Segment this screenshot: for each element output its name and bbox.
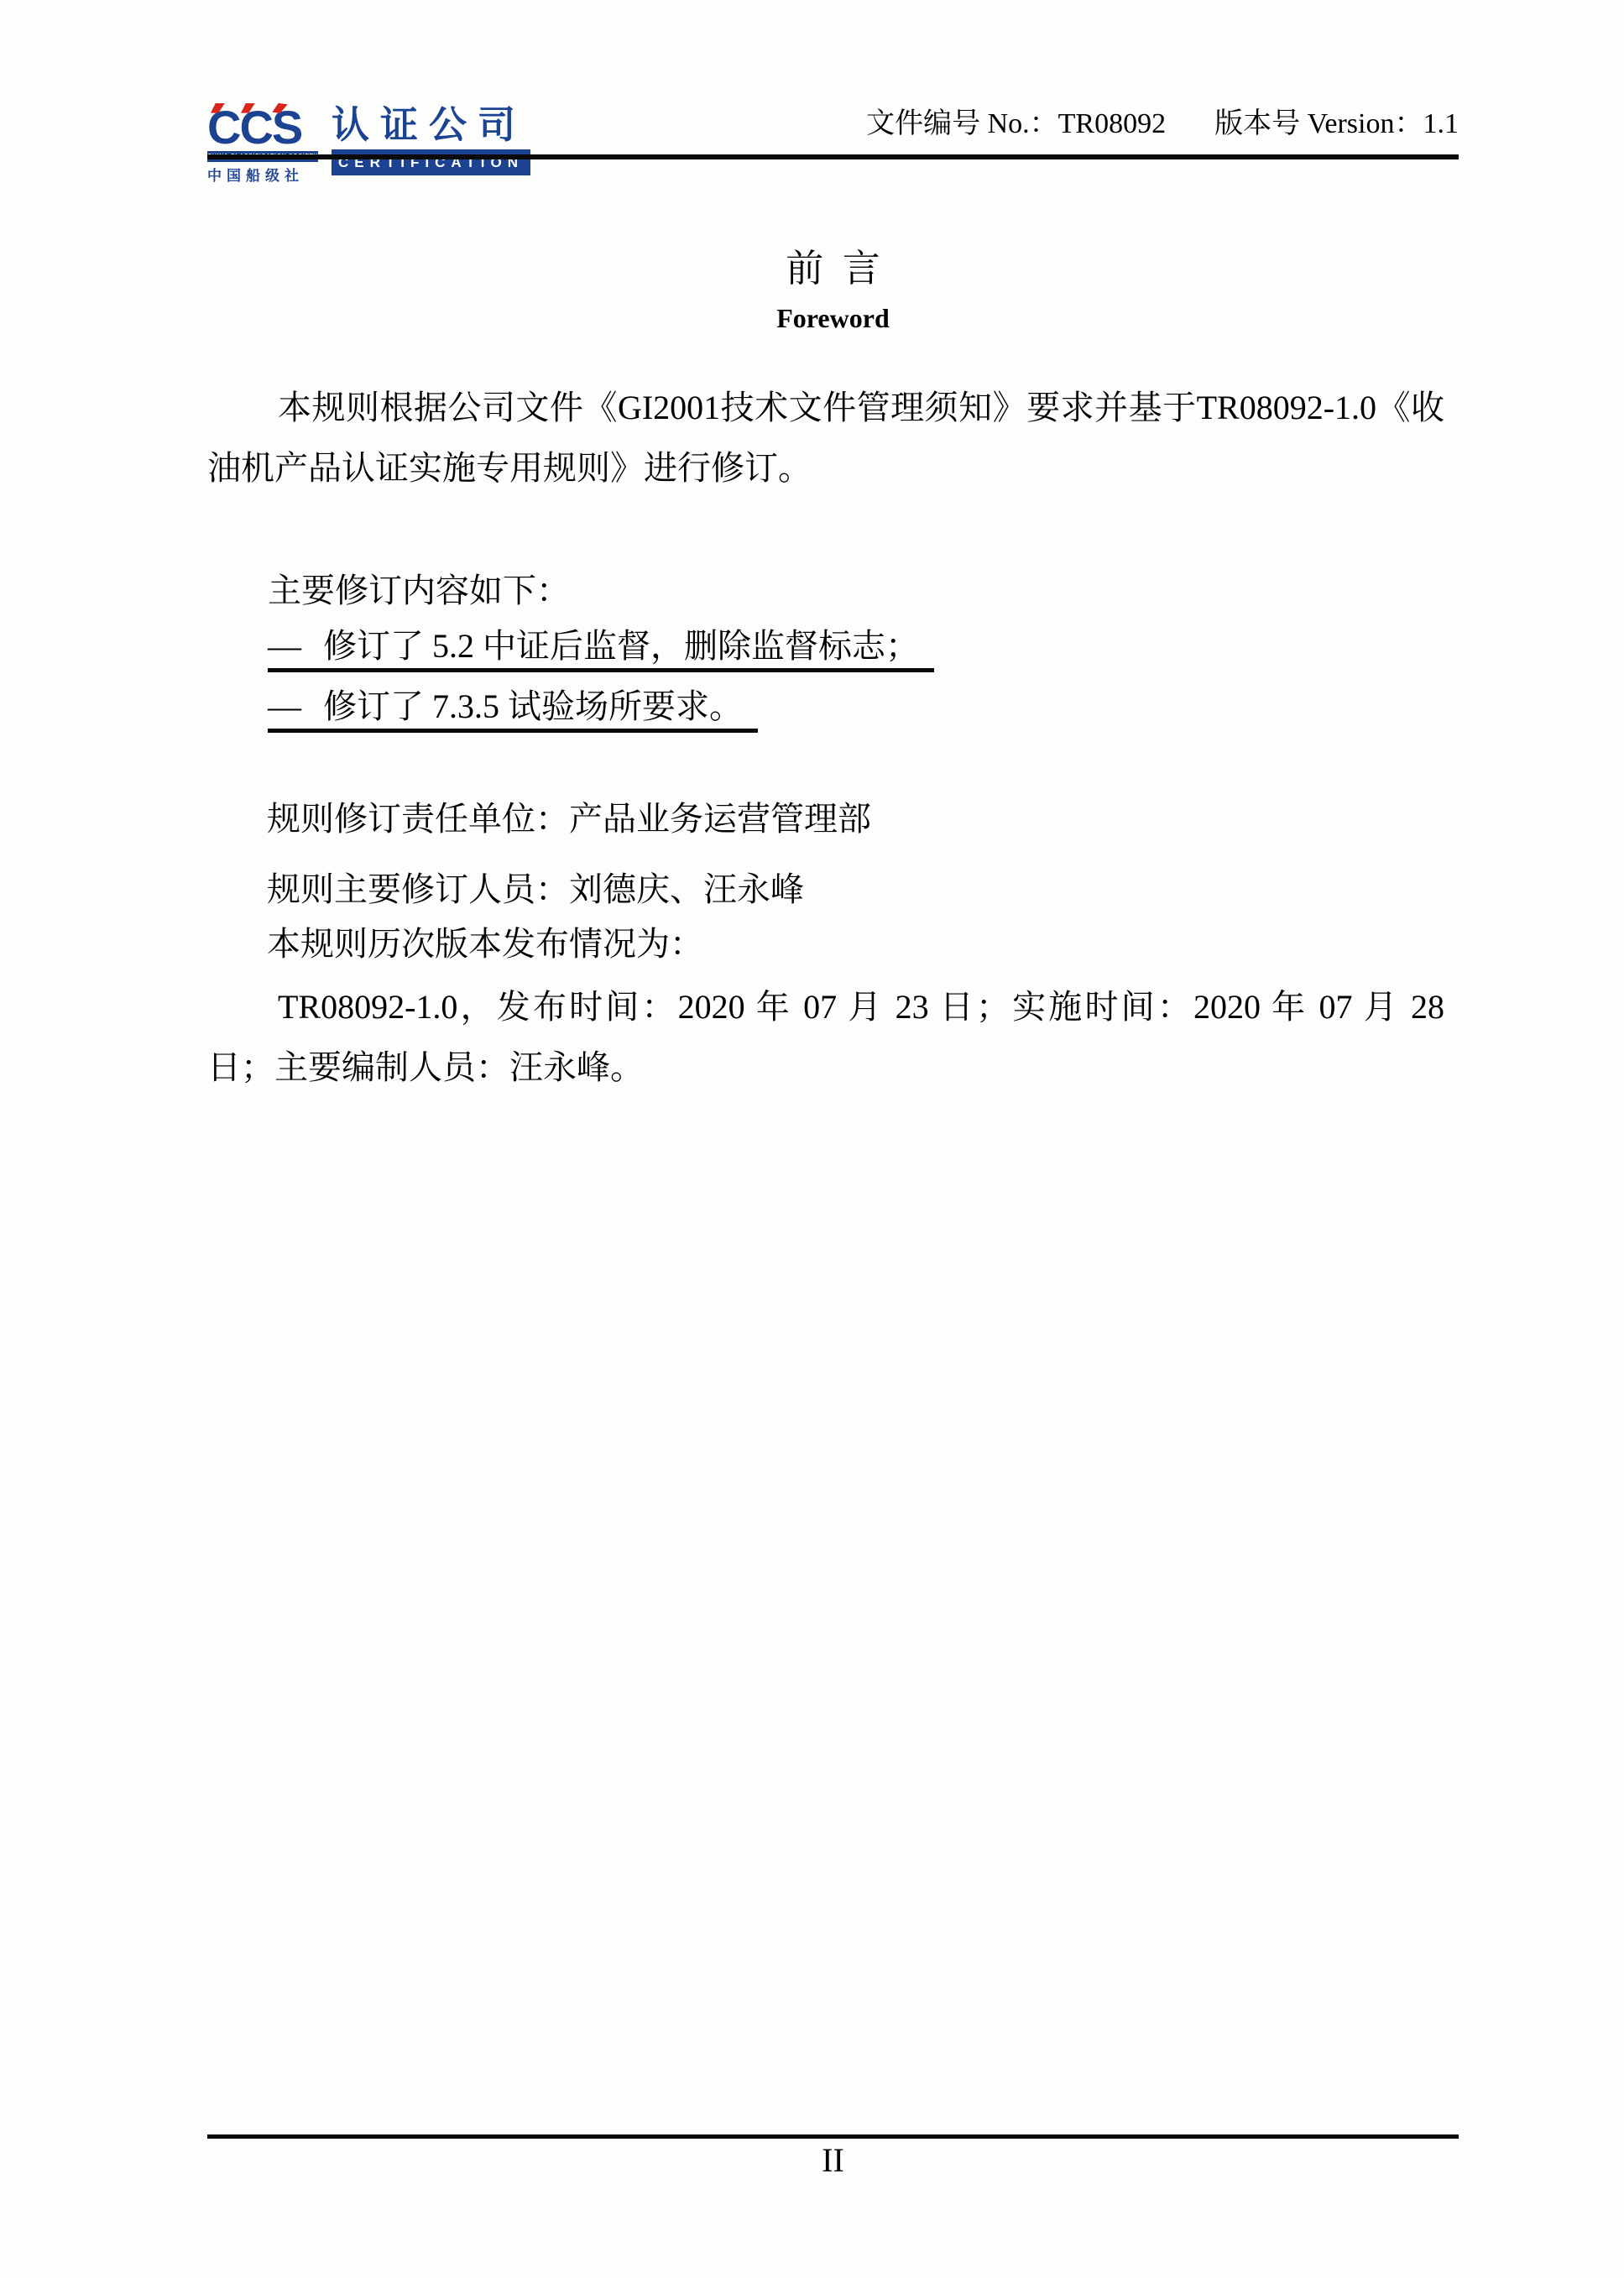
ccs-wordmark: CCS xyxy=(207,106,318,149)
ccs-logo: CCS CHINA CLASSIFICATION SOCIETY 中国船级社 认… xyxy=(207,106,530,185)
footer-rule xyxy=(207,2134,1459,2139)
certification-banner: CERTIFICATION xyxy=(332,149,530,175)
revision-item: —修订了 5.2 中证后监督，删除监督标志； xyxy=(207,616,1444,677)
revision-item: —修订了 7.3.5 试验场所要求。 xyxy=(207,677,1444,737)
header-rule xyxy=(207,154,1459,159)
paragraph-revision-basis: 本规则根据公司文件《GI2001技术文件管理须知》要求并基于TR08092-1.… xyxy=(207,378,1444,499)
page-header: CCS CHINA CLASSIFICATION SOCIETY 中国船级社 认… xyxy=(207,77,1459,185)
company-name-cn: 认证公司 xyxy=(332,106,530,144)
item-dash: — xyxy=(268,687,301,725)
society-name-cn: 中国船级社 xyxy=(207,164,318,185)
ccs-logo-left: CCS CHINA CLASSIFICATION SOCIETY 中国船级社 xyxy=(207,106,318,185)
paragraph-history-intro: 本规则历次版本发布情况为： xyxy=(207,914,1444,974)
paragraph-revision-intro: 主要修订内容如下： xyxy=(207,561,1444,621)
version-number: 版本号 Version：1.1 xyxy=(1214,108,1459,139)
ccs-logo-right: 认证公司 CERTIFICATION xyxy=(332,106,530,175)
paragraph-history: TR08092-1.0，发布时间：2020 年 07 月 23 日；实施时间：2… xyxy=(207,977,1444,1098)
revision-item-underlined: —修订了 5.2 中证后监督，删除监督标志； xyxy=(268,627,934,672)
paragraph-revisers: 规则主要修订人员：刘德庆、汪永峰 xyxy=(207,859,1444,920)
revision-item-underlined: —修订了 7.3.5 试验场所要求。 xyxy=(268,687,758,733)
revision-item-text: 修订了 7.3.5 试验场所要求。 xyxy=(323,687,743,725)
paragraph-responsible-unit: 规则修订责任单位：产品业务运营管理部 xyxy=(207,789,1444,849)
page-title-cn: 前 言 xyxy=(207,246,1459,291)
item-dash: — xyxy=(268,627,301,665)
page-title-en: Foreword xyxy=(207,302,1459,334)
page-number: II xyxy=(207,2142,1459,2179)
document-number: 文件编号 No.：TR08092 xyxy=(866,108,1166,139)
document-page: CCS CHINA CLASSIFICATION SOCIETY 中国船级社 认… xyxy=(0,0,1624,2278)
revision-item-text: 修订了 5.2 中证后监督，删除监督标志； xyxy=(323,627,919,665)
